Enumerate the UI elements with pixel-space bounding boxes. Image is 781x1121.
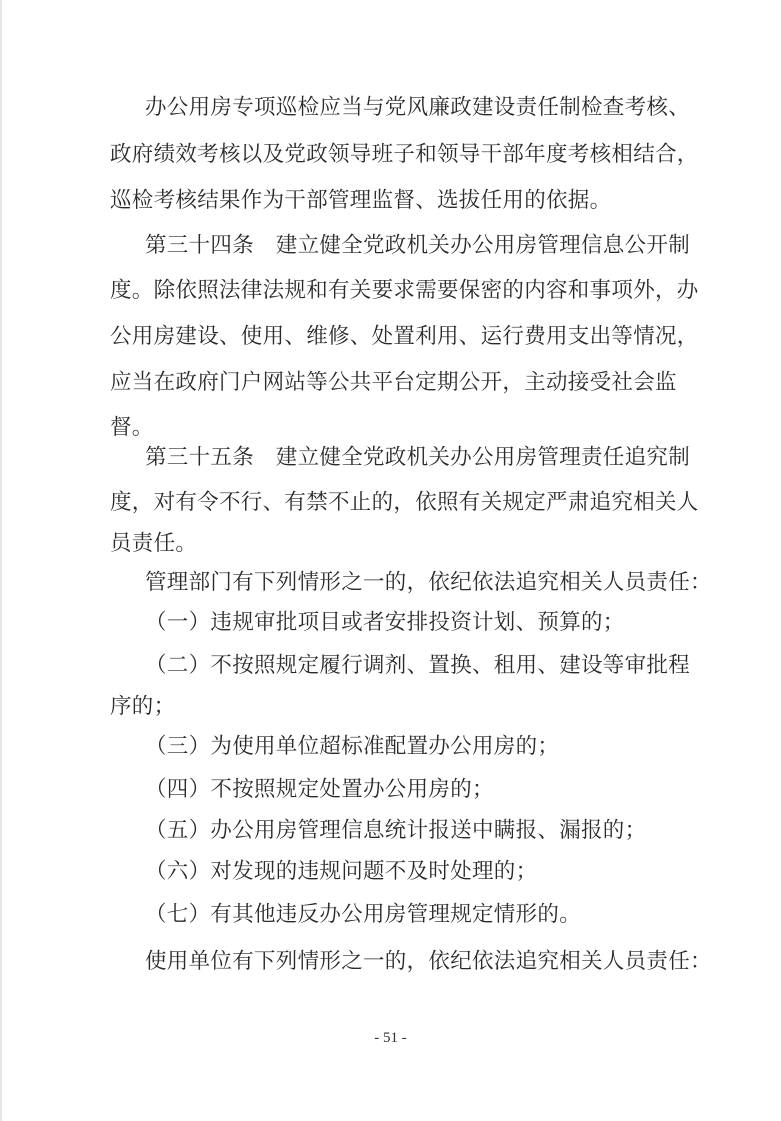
- list-item: （一）违规审批项目或者安排投资计划、预算的；: [145, 609, 625, 637]
- paragraph-line: 度，对有令不行、有禁不止的，依照有关规定严肃追究相关人: [110, 489, 699, 517]
- paragraph-line: 员责任。: [110, 530, 197, 558]
- article-34-heading-line: 第三十四条 建立健全党政机关办公用房管理信息公开制: [145, 232, 690, 260]
- list-item: （七）有其他违反办公用房管理规定情形的。: [145, 901, 581, 929]
- list-item: （三）为使用单位超标准配置办公用房的；: [145, 733, 559, 761]
- page-edge: [0, 0, 2, 1121]
- paragraph-line: 巡检考核结果作为干部管理监督、选拔任用的依据。: [110, 187, 611, 215]
- paragraph-line: 度。除依照法律法规和有关要求需要保密的内容和事项外，办: [110, 277, 699, 305]
- list-item: （六）对发现的违规问题不及时处理的；: [145, 858, 537, 886]
- list-item: （二）不按照规定履行调剂、置换、租用、建设等审批程: [145, 652, 690, 680]
- list-item: （四）不按照规定处置办公用房的；: [145, 776, 494, 804]
- paragraph-line: 办公用房专项巡检应当与党风廉政建设责任制检查考核、: [145, 94, 690, 122]
- list-item: （五）办公用房管理信息统计报送中瞒报、漏报的；: [145, 817, 646, 845]
- page-number: - 51 -: [0, 1030, 781, 1047]
- paragraph-line: 公用房建设、使用、维修、处置利用、运行费用支出等情况，: [110, 323, 699, 351]
- paragraph-line: 政府绩效考核以及党政领导班子和领导干部年度考核相结合，: [110, 141, 699, 169]
- paragraph-line: 管理部门有下列情形之一的，依纪依法追究相关人员责任：: [145, 569, 712, 597]
- article-35-heading-line: 第三十五条 建立健全党政机关办公用房管理责任追究制: [145, 444, 690, 472]
- list-item-continuation: 序的；: [110, 693, 175, 721]
- paragraph-line: 应当在政府门户网站等公共平台定期公开，主动接受社会监: [110, 369, 677, 397]
- paragraph-line: 督。: [110, 414, 154, 442]
- paragraph-line: 使用单位有下列情形之一的，依纪依法追究相关人员责任：: [145, 948, 712, 976]
